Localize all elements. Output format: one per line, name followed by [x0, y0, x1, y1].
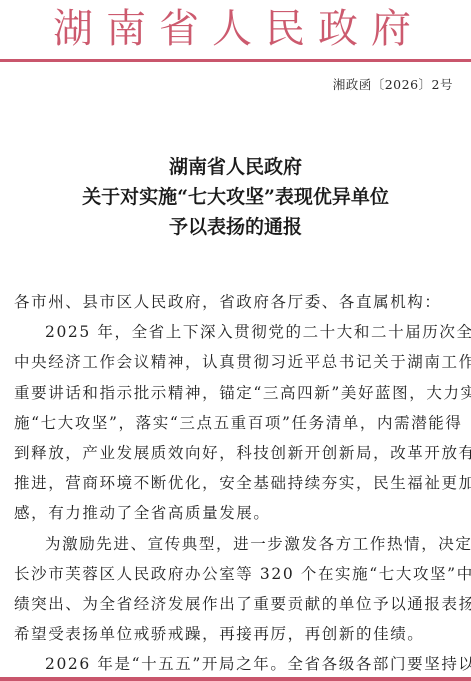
paragraph-line: 感，有力推动了全省高质量发展。	[14, 498, 460, 528]
paragraph-line: 绩突出、为全省经济发展作出了重要贡献的单位予以通报表扬。	[14, 589, 460, 619]
paragraph-line: 长沙市芙蓉区人民政府办公室等 320 个在实施“七大攻坚”中实	[14, 559, 460, 589]
paragraph-line: 推进，营商环境不断优化，安全基础持续夯实，民生福祉更加可	[14, 468, 460, 498]
paragraph-3: 2026 年是“十五五”开局之年。全省各级各部门要坚持以	[14, 649, 460, 679]
title-line-2: 关于对实施“七大攻坚”表现优异单位	[0, 182, 471, 212]
document-body: 各市州、县市区人民政府，省政府各厅委、各直属机构： 2025 年，全省上下深入贯…	[14, 287, 460, 680]
paragraph-line: 2025 年，全省上下深入贯彻党的二十大和二十届历次全会、	[14, 317, 460, 347]
salutation: 各市州、县市区人民政府，省政府各厅委、各直属机构：	[14, 287, 460, 317]
masthead-divider	[0, 59, 471, 62]
title-line-1: 湖南省人民政府	[0, 152, 471, 182]
paragraph-line: 施“七大攻坚”，落实“三点五重百项”任务清单，内需潜能得	[14, 408, 460, 438]
paragraph-2: 为激励先进、宣传典型，进一步激发各方工作热情，决定对 长沙市芙蓉区人民政府办公室…	[14, 529, 460, 650]
paragraph-line: 为激励先进、宣传典型，进一步激发各方工作热情，决定对	[14, 529, 460, 559]
document-number: 湘政函〔2026〕2号	[333, 77, 453, 93]
paragraph-line: 到释放，产业发展质效向好，科技创新开创新局，改革开放有序	[14, 438, 460, 468]
masthead-title: 湖南省人民政府	[0, 4, 471, 54]
title-line-3: 予以表扬的通报	[0, 212, 471, 242]
paragraph-line: 中央经济工作会议精神，认真贯彻习近平总书记关于湖南工作的	[14, 347, 460, 377]
paragraph-line: 重要讲话和指示批示精神，锚定“三高四新”美好蓝图，大力实	[14, 378, 460, 408]
paragraph-line: 2026 年是“十五五”开局之年。全省各级各部门要坚持以	[14, 649, 460, 679]
document-title: 湖南省人民政府 关于对实施“七大攻坚”表现优异单位 予以表扬的通报	[0, 152, 471, 242]
paragraph-line: 希望受表扬单位戒骄戒躁，再接再厉，再创新的佳绩。	[14, 619, 460, 649]
bottom-divider	[0, 677, 471, 681]
paragraph-1: 2025 年，全省上下深入贯彻党的二十大和二十届历次全会、 中央经济工作会议精神…	[14, 317, 460, 528]
